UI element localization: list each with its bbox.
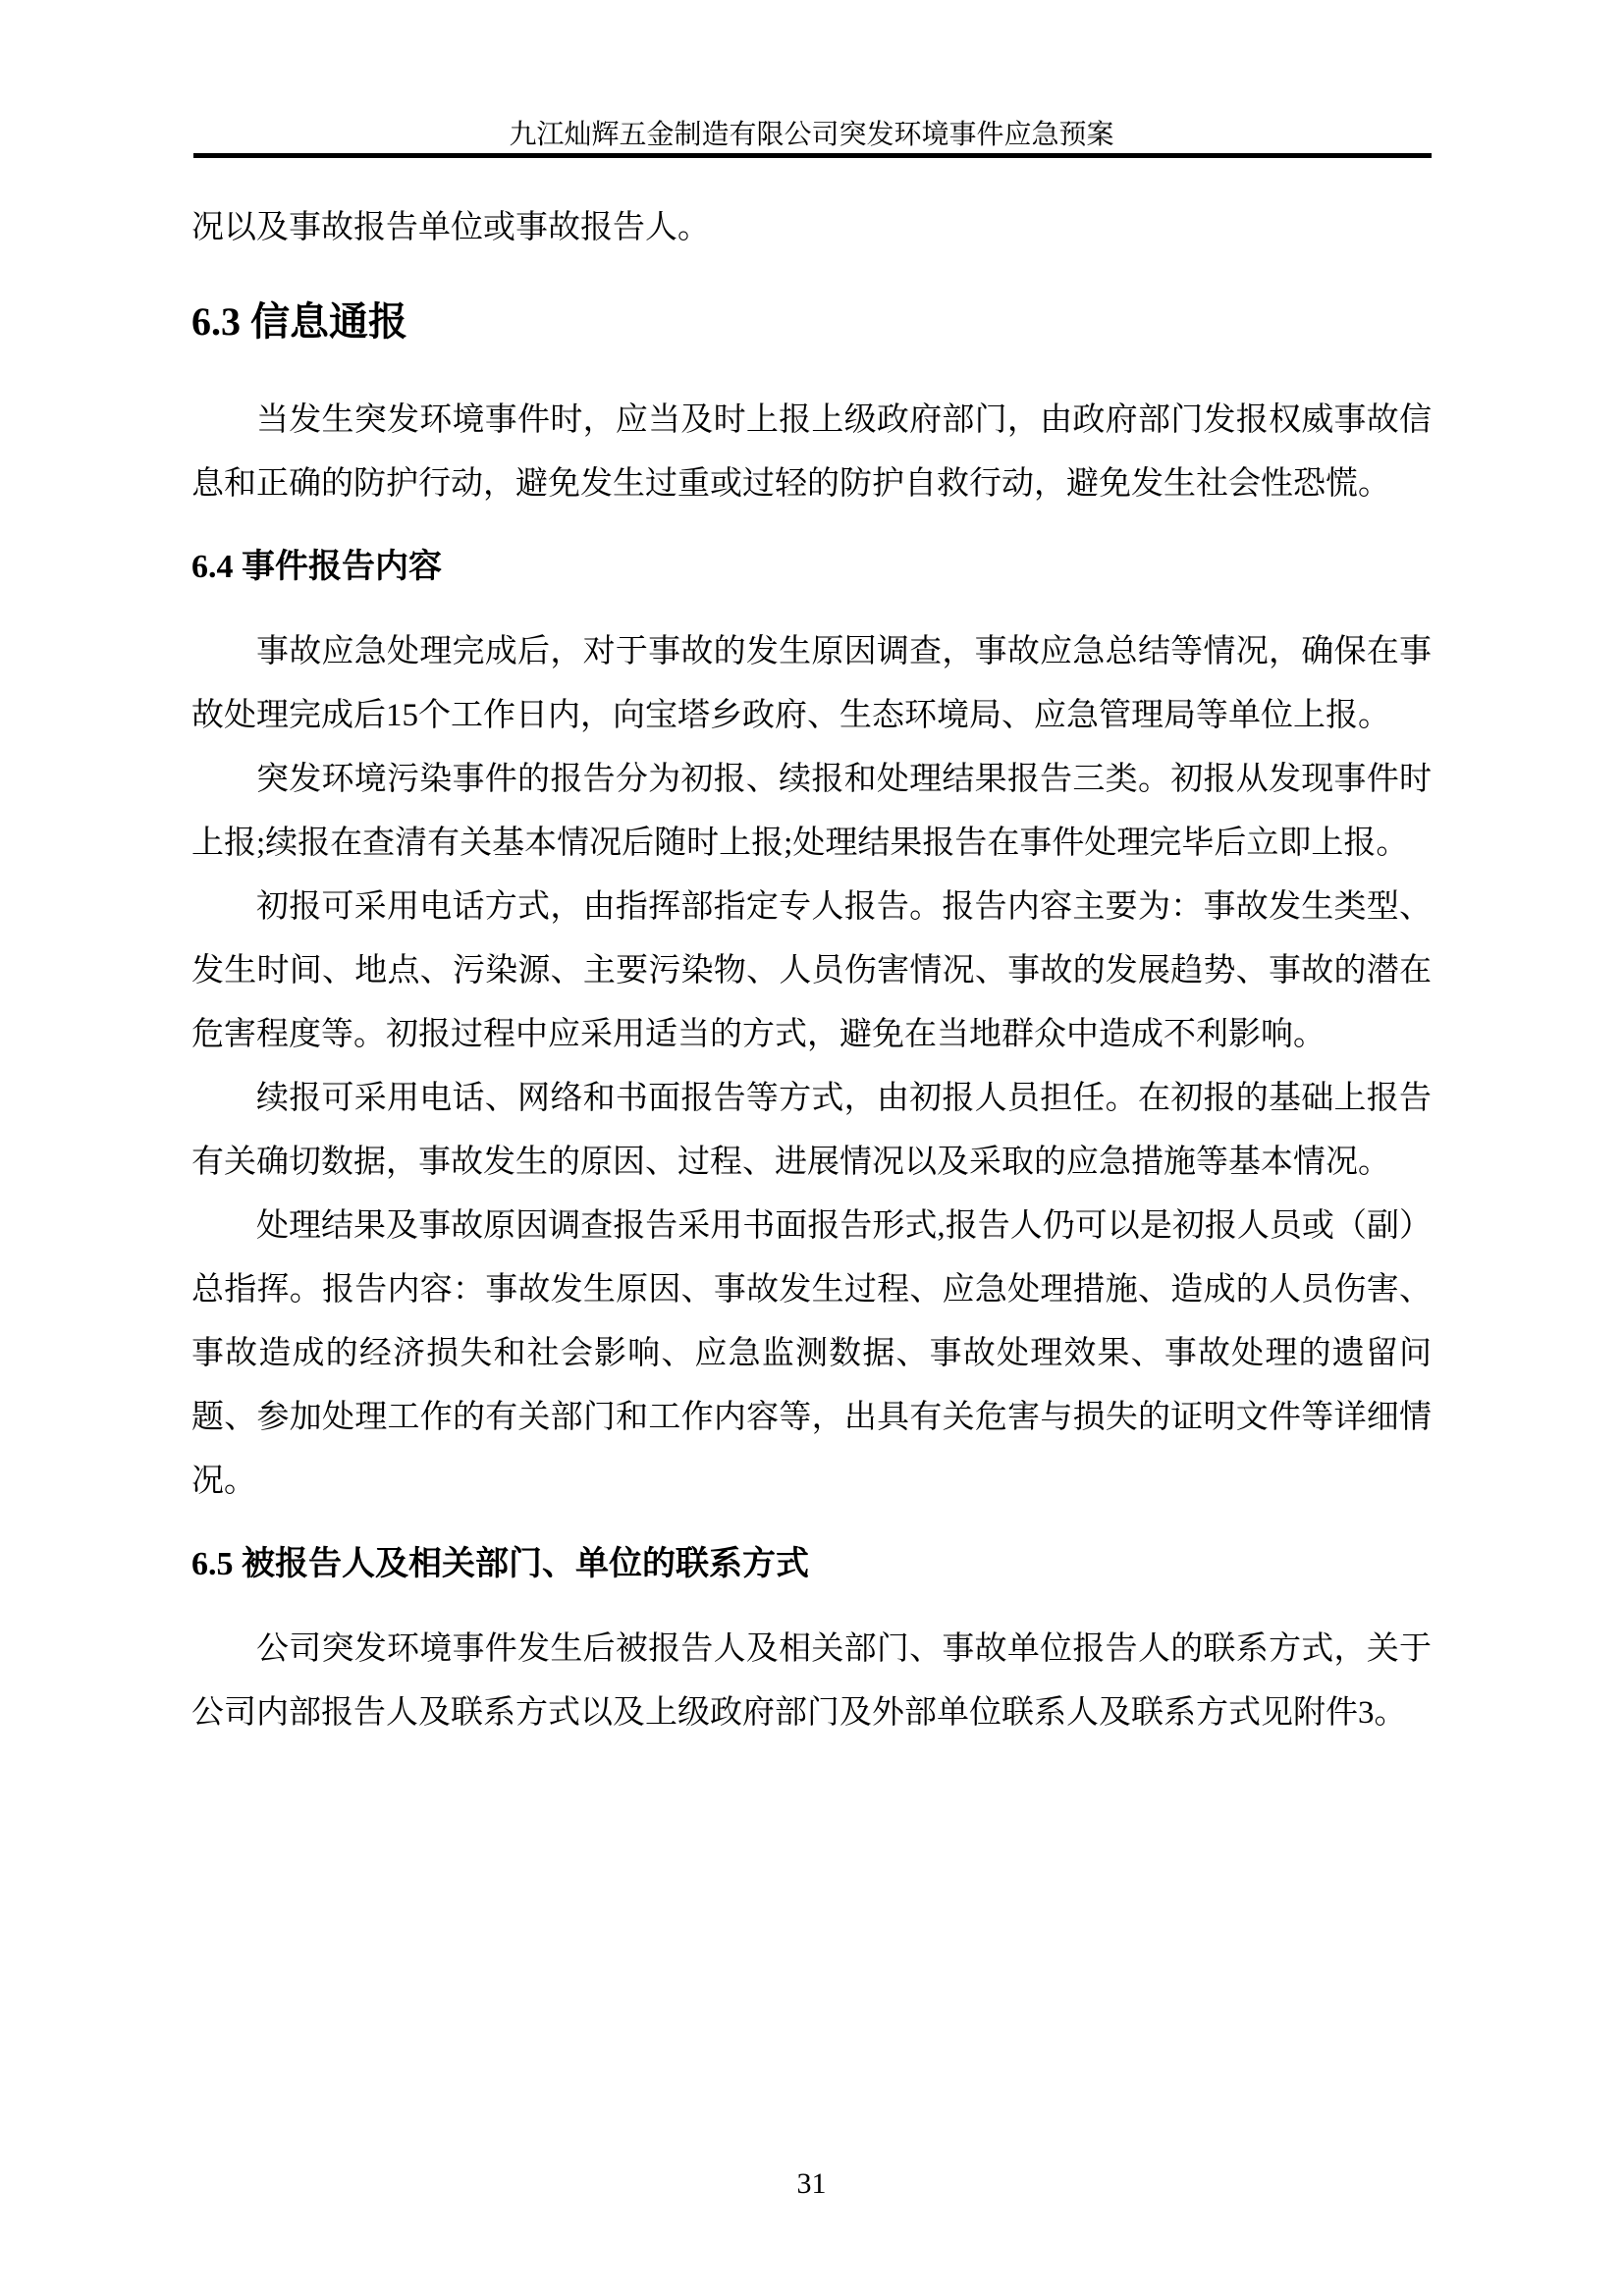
page-number: 31	[191, 2164, 1432, 2204]
paragraph: 初报可采用电话方式，由指挥部指定专人报告。报告内容主要为：事故发生类型、发生时间…	[191, 876, 1432, 1067]
paragraph: 当发生突发环境事件时，应当及时上报上级政府部门，由政府部门发报权威事故信息和正确…	[191, 389, 1432, 516]
section-heading-6-5: 6.5 被报告人及相关部门、单位的联系方式	[191, 1541, 1432, 1588]
paragraph: 突发环境污染事件的报告分为初报、续报和处理结果报告三类。初报从发现事件时上报;续…	[191, 748, 1432, 876]
section-heading-6-3: 6.3 信息通报	[191, 294, 1432, 349]
paragraph: 续报可采用电话、网络和书面报告等方式，由初报人员担任。在初报的基础上报告有关确切…	[191, 1067, 1432, 1195]
header-rule	[193, 153, 1432, 158]
paragraph: 公司突发环境事件发生后被报告人及相关部门、事故单位报告人的联系方式，关于公司内部…	[191, 1618, 1432, 1745]
paragraph: 事故应急处理完成后，对于事故的发生原因调查，事故应急总结等情况，确保在事故处理完…	[191, 620, 1432, 748]
paragraph-continuation: 况以及事故报告单位或事故报告人。	[191, 196, 1432, 260]
document-body: 况以及事故报告单位或事故报告人。 6.3 信息通报 当发生突发环境事件时，应当及…	[191, 196, 1432, 1745]
section-heading-6-4: 6.4 事件报告内容	[191, 544, 1432, 591]
document-page: 九江灿辉五金制造有限公司突发环境事件应急预案 况以及事故报告单位或事故报告人。 …	[0, 0, 1624, 2296]
document-header-title: 九江灿辉五金制造有限公司突发环境事件应急预案	[191, 118, 1432, 153]
paragraph: 处理结果及事故原因调查报告采用书面报告形式,报告人仍可以是初报人员或（副）总指挥…	[191, 1195, 1432, 1514]
